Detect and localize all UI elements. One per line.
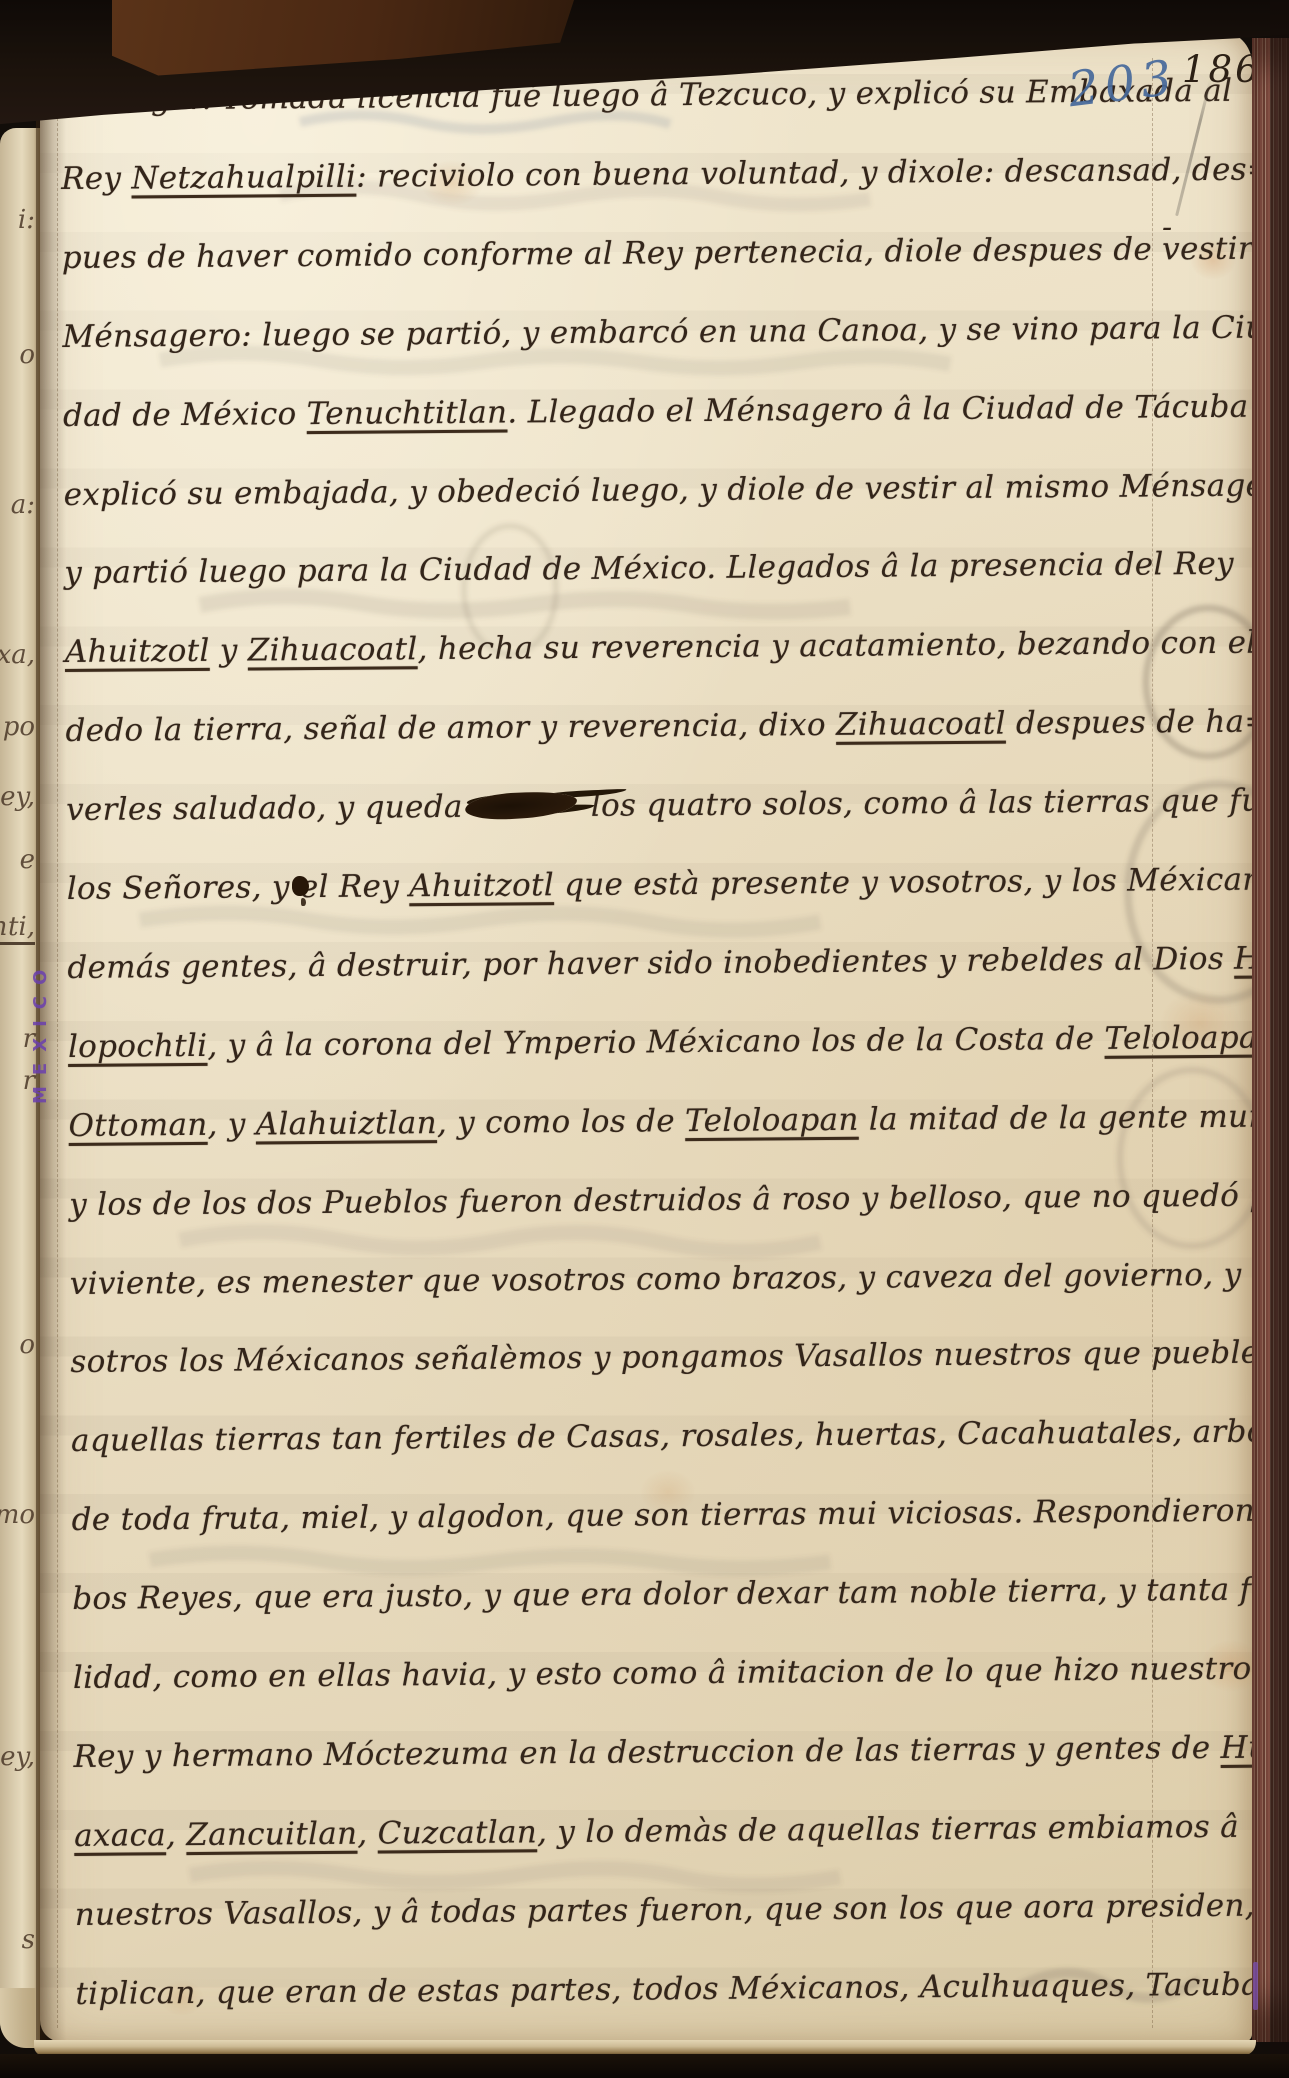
line-text: y (210, 633, 248, 669)
manuscript-line: sotros los Méxicanos señalèmos y pongamo… (70, 1325, 1280, 1396)
line-text: y partió luego para la Ciudad de México.… (64, 546, 1234, 591)
previous-page-bottom-curl (0, 1988, 36, 2048)
line-text: , (357, 1815, 378, 1851)
cover-right-shadow (1270, 0, 1289, 2078)
manuscript-line: demás gentes, â destruir, por haver sido… (67, 930, 1289, 1002)
line-text: aquellas tierras tan fertiles de Casas, … (71, 1413, 1289, 1459)
ink-blot (464, 789, 577, 822)
line-text: Rey y hermano Móctezuma en la destruccio… (73, 1730, 1220, 1775)
line-text: sotros los Méxicanos señalèmos y pongamo… (70, 1335, 1279, 1380)
edge-fragment: po (3, 712, 35, 742)
manuscript-line: y partió luego para la Ciudad de México.… (64, 536, 1234, 607)
line-text: dad de México (63, 396, 307, 434)
manuscript-line: Ottoman, y Alahuiztlan, y como los de Te… (68, 1088, 1289, 1160)
mexico-stamp: MEXICO (30, 959, 51, 1104)
line-text: de toda fruta, miel, y algodon, que son … (72, 1492, 1289, 1538)
line-text: bos Reyes, que era justo, y que era dolo… (72, 1571, 1289, 1617)
edge-fragment: o (19, 1330, 35, 1360)
manuscript-line: lidad, como en ellas havia, y esto como … (73, 1640, 1289, 1712)
edge-fragment: i: (18, 205, 35, 235)
line-text: que està presente y vosotros, y los Méxi… (554, 861, 1289, 903)
edge-fragment: mo (0, 1500, 35, 1530)
manuscript-line: lopochtli, y â la corona del Ymperio Méx… (68, 1009, 1289, 1081)
edge-fragment: a: (11, 490, 35, 520)
manuscript-line: dedo la tierra, señal de amor y reverenc… (65, 694, 1271, 765)
line-text: lidad, como en ellas havia, y esto como … (73, 1650, 1289, 1696)
line-text: los quatro solos, como â las tierras que… (581, 782, 1289, 824)
manuscript-line: Ahuitzotl y Zihuacoatl, hecha su reveren… (65, 615, 1257, 686)
line-text: tiplican, que eran de estas partes, todo… (75, 1966, 1270, 2011)
line-text: . Llegado el Ménsagero â la Ciudad de Tá… (507, 388, 1248, 430)
line-text: pues de haver comido conforme al Rey per… (62, 230, 1289, 276)
manuscript-line: de toda fruta, miel, y algodon, que son … (71, 1482, 1289, 1554)
edge-fragment: o (19, 340, 35, 370)
line-text: los Señores, y el Rey (67, 868, 410, 907)
underlined-word: Tenuchtitlan (307, 394, 508, 432)
underlined-word: Cuzcatlan (378, 1814, 538, 1851)
underlined-word: Ottoman (68, 1107, 207, 1144)
edge-fragment: ey, (0, 782, 35, 812)
manuscript-page: encargar. Tomada licencia fué luego â Te… (40, 30, 1252, 2042)
manuscript-line: tiplican, que eran de estas partes, todo… (75, 1956, 1270, 2027)
manuscript-line: y los de los dos Pueblos fueron destruid… (69, 1166, 1289, 1238)
underlined-word: Alahuiztlan (256, 1105, 437, 1142)
line-text: , y como los de (437, 1103, 685, 1141)
underlined-word: Ahuitzotl (409, 867, 554, 904)
binding-bottom (0, 2054, 1289, 2078)
ink-drop (292, 876, 309, 896)
line-text: demás gentes, â destruir, por haver sido… (67, 941, 1234, 986)
line-text: , (166, 1817, 187, 1853)
underlined-word: axaca (74, 1817, 166, 1854)
line-text: , y (207, 1106, 256, 1142)
line-text: , hecha su reverencia y acatamiento, bez… (417, 625, 1256, 668)
line-text: , y â la corona del Ymperio Méxicano los… (207, 1021, 1104, 1064)
manuscript-line: Rey y hermano Móctezuma en la destruccio… (73, 1719, 1289, 1791)
line-text: viviente, es menester que vosotros como … (70, 1256, 1289, 1302)
underlined-word: Zihuacoatl (248, 632, 418, 669)
line-text: y los de los dos Pueblos fueron destruid… (69, 1176, 1289, 1222)
line-text: verles saludado, y queda (66, 789, 463, 828)
underlined-word: Netzahualpilli (131, 159, 356, 197)
purple-ink-mark (1253, 1962, 1258, 2010)
line-text: la mitad de la gente murió, (859, 1098, 1289, 1137)
line-text: dedo la tierra, señal de amor y reverenc… (65, 707, 836, 749)
line-text: Ménsagero: luego se partió, y embarcó en… (62, 309, 1289, 355)
manuscript-photo: encargar. Tomada licencia fué luego â Te… (0, 0, 1289, 2078)
line-text: despues de ha= (1006, 704, 1271, 742)
manuscript-line: aquellas tierras tan fertiles de Casas, … (71, 1403, 1289, 1475)
edge-fragment: e (20, 845, 35, 875)
manuscript-line: dad de México Tenuchtitlan. Llegado el M… (63, 378, 1249, 449)
line-text: , y lo demàs de aquellas tierras embiamo… (537, 1809, 1239, 1851)
manuscript-line: axaca, Zancuitlan, Cuzcatlan, y lo demàs… (74, 1799, 1239, 1870)
manuscript-line: bos Reyes, que era justo, y que era dolo… (72, 1561, 1289, 1633)
underlined-word: lopochtli (68, 1028, 208, 1065)
leather-patch (112, 0, 574, 82)
underlined-word: Teloloapan (685, 1101, 859, 1138)
edge-fragment: ey, (0, 1742, 35, 1772)
line-text: explicó su embajada, y obedeció luego, y… (64, 467, 1289, 513)
manuscript-line: nuestros Vasallos, y â todas partes fuer… (75, 1876, 1289, 1948)
edge-fragment: s (22, 1925, 35, 1955)
manuscript-line: los Señores, y el Rey Ahuitzotl que està… (67, 851, 1289, 923)
edge-fragment: hti, (0, 912, 35, 942)
text-block: encargar. Tomada licencia fué luego â Te… (60, 21, 1256, 2042)
manuscript-line: viviente, es menester que vosotros como … (70, 1246, 1289, 1318)
manuscript-line: pues de haver comido conforme al Rey per… (62, 220, 1289, 292)
manuscript-line: explicó su embajada, y obedeció luego, y… (63, 457, 1289, 529)
margin-filler-dash: - (1162, 210, 1172, 245)
manuscript-line: verles saludado, y queda los quatro solo… (66, 772, 1289, 844)
underlined-word: Ahuitzotl (65, 633, 210, 670)
line-text: nuestros Vasallos, y â todas partes fuer… (75, 1886, 1289, 1932)
line-text: : reciviolo con buena voluntad, y dixole… (356, 151, 1273, 194)
manuscript-line: Ménsagero: luego se partió, y embarcó en… (62, 299, 1289, 371)
edge-fragment: xa, (0, 640, 35, 670)
line-text: Rey (61, 160, 132, 197)
manuscript-line: Rey Netzahualpilli: reciviolo con buena … (61, 141, 1273, 213)
underlined-word: Zancuitlan (186, 1816, 357, 1853)
underlined-word: Zihuacoatl (836, 706, 1006, 743)
